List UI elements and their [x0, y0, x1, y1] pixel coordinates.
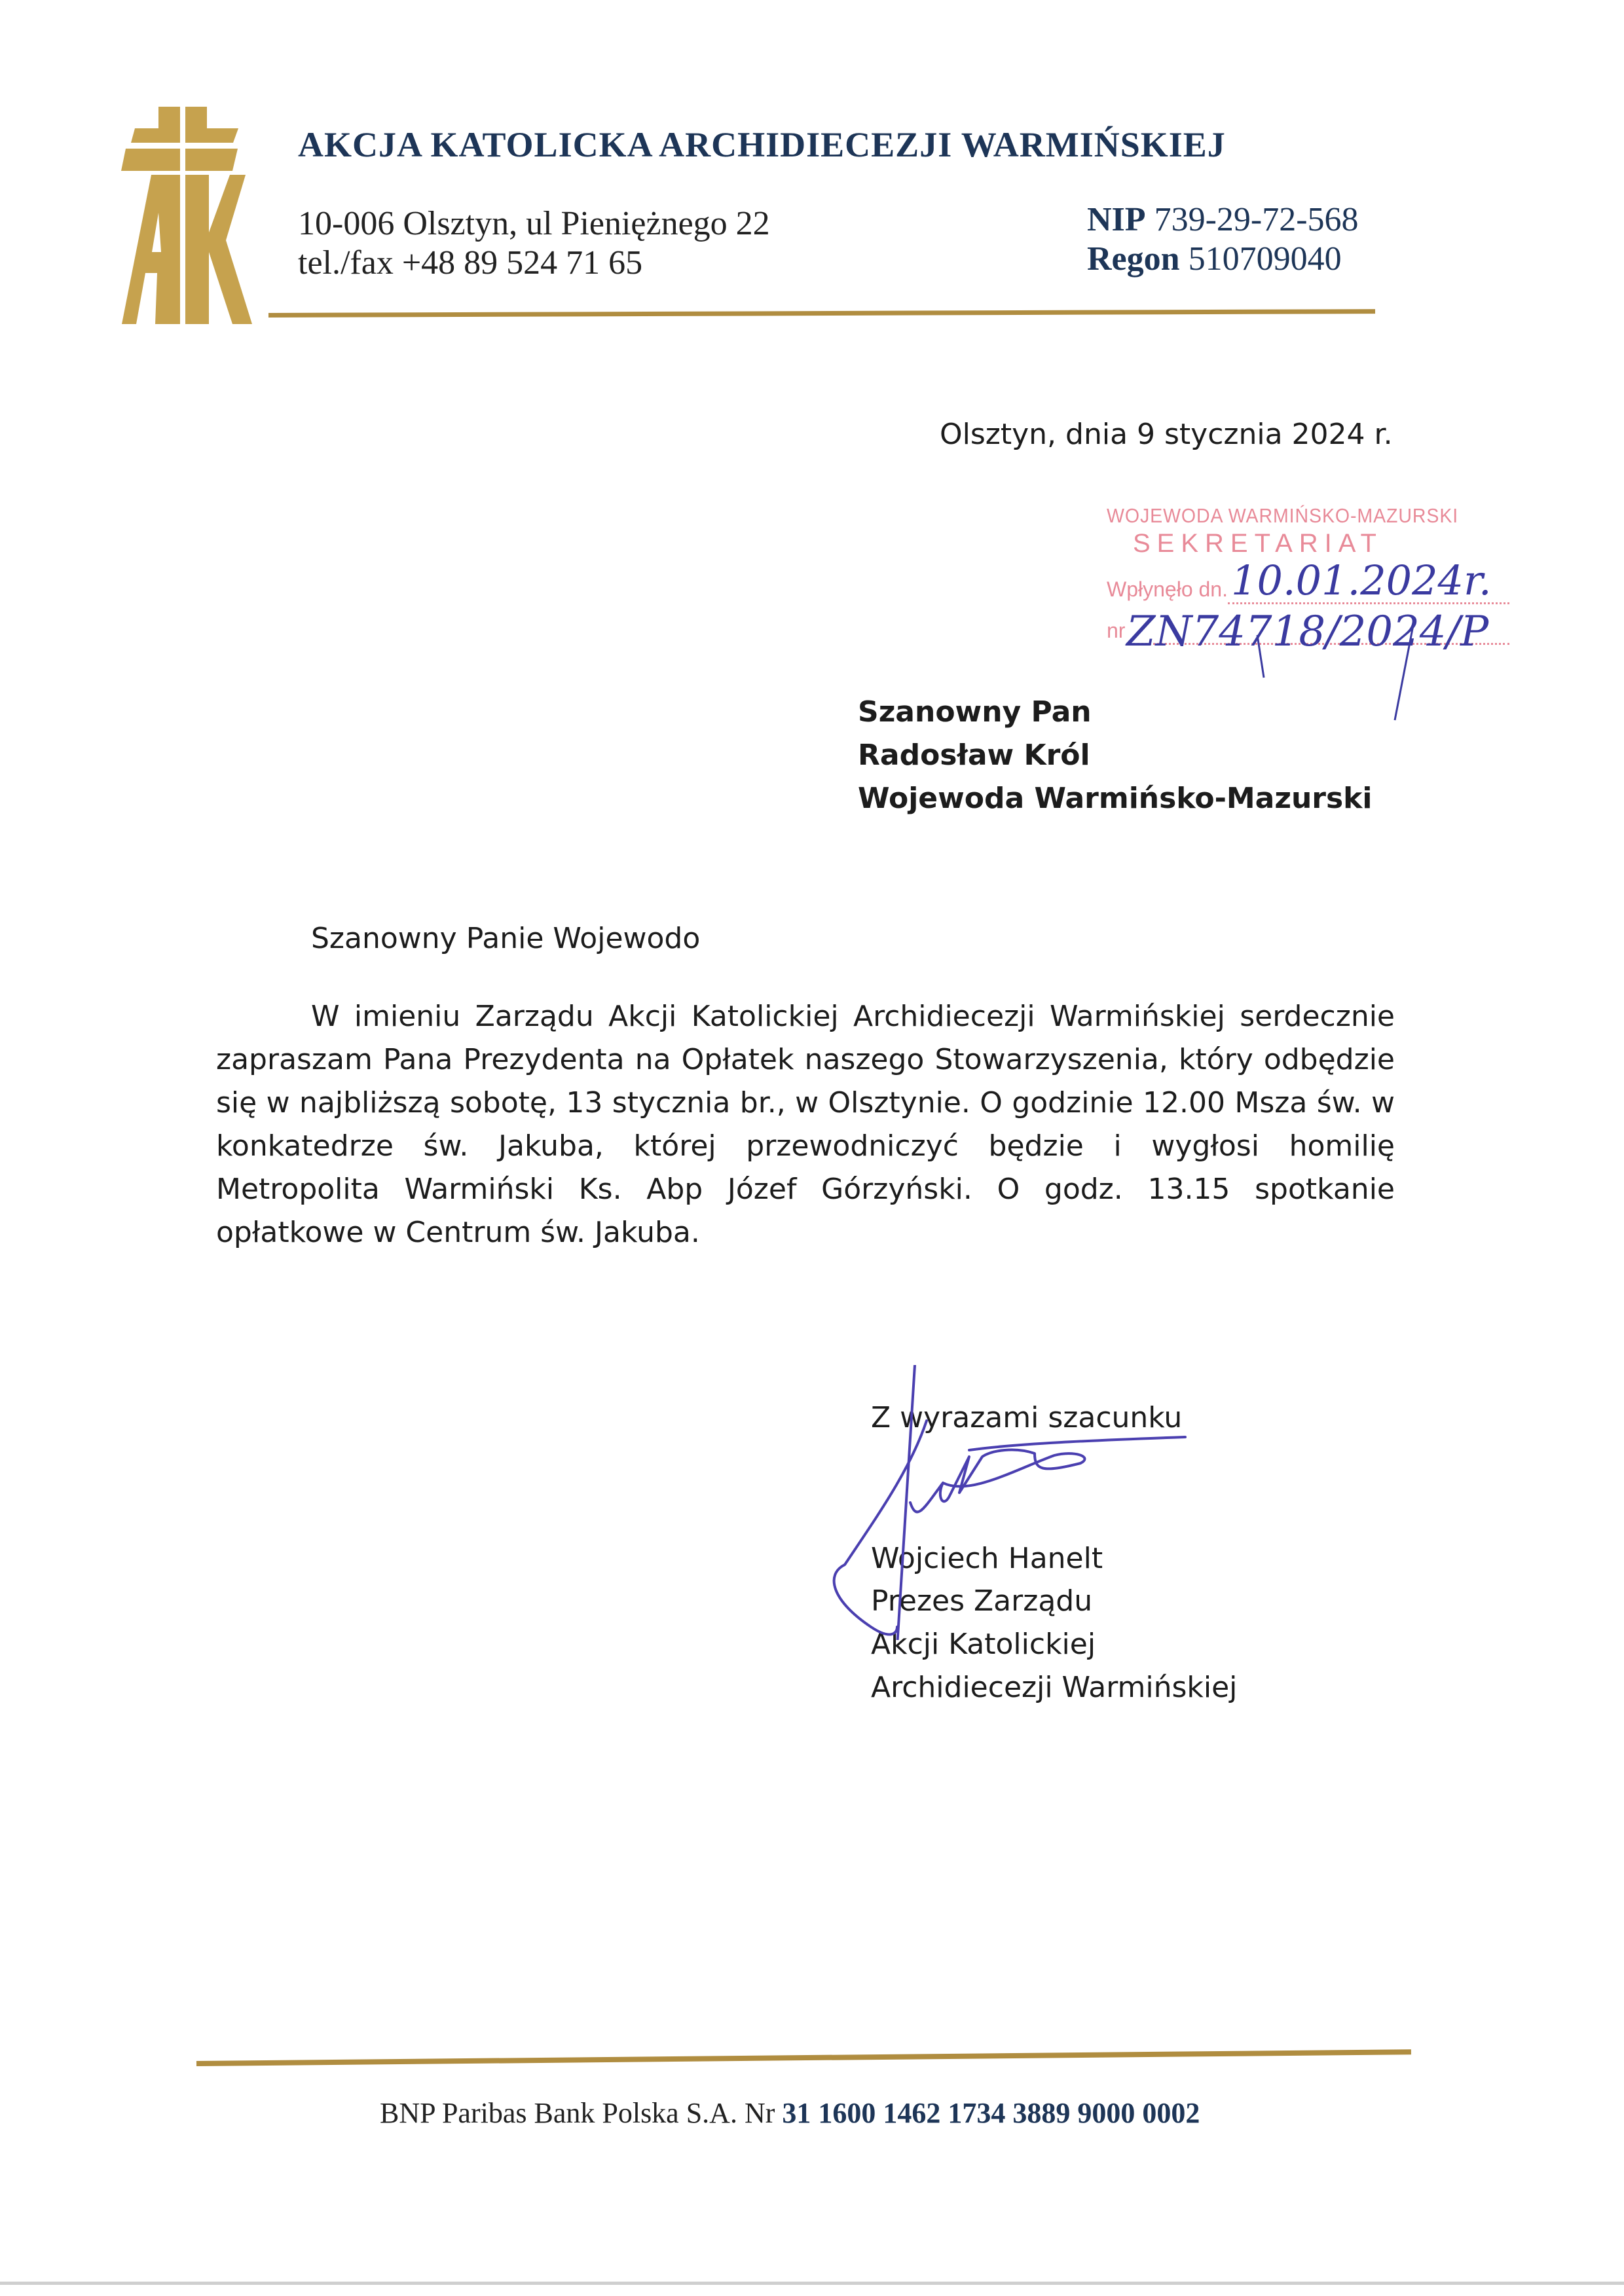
recipient-name: Radosław Król: [858, 738, 1090, 772]
letter-salutation: Szanowny Panie Wojewodo: [311, 922, 700, 955]
regon-value: 510709040: [1189, 240, 1342, 278]
bank-account-line: BNP Paribas Bank Polska S.A. Nr 31 1600 …: [380, 2096, 1200, 2130]
footer-divider: [196, 2049, 1411, 2066]
letter-body: W imieniu Zarządu Akcji Katolickiej Arch…: [216, 995, 1395, 1254]
address-line: 10-006 Olsztyn, ul Pieniężnego 22: [298, 204, 770, 243]
nip-line: NIP 739-29-72-568: [1087, 200, 1359, 239]
recipient-title: Wojewoda Warmińsko-Mazurski: [858, 782, 1373, 815]
scan-edge-line: [0, 2282, 1624, 2285]
received-stamp: WOJEWODA WARMIŃSKO-MAZURSKI SEKRETARIAT …: [1107, 504, 1526, 740]
nip-label: NIP: [1087, 201, 1146, 238]
bank-account-number: 31 1600 1462 1734 3889 9000 0002: [782, 2097, 1200, 2129]
ak-cross-logo-icon: [118, 101, 272, 327]
regon-label: Regon: [1087, 240, 1180, 278]
bank-name: BNP Paribas Bank Polska S.A. Nr: [380, 2097, 775, 2129]
signer-archdiocese: Archidiecezji Warmińskiej: [871, 1671, 1237, 1704]
handwritten-signature-icon: [819, 1365, 1225, 1640]
header-divider: [268, 309, 1375, 318]
organization-name: AKCJA KATOLICKA ARCHIDIECEZJI WARMIŃSKIE…: [298, 124, 1226, 165]
stamp-pen-strokes: [1107, 504, 1526, 740]
regon-line: Regon 510709040: [1087, 240, 1342, 278]
phone-line: tel./fax +48 89 524 71 65: [298, 244, 642, 282]
letter-date: Olsztyn, dnia 9 stycznia 2024 r.: [940, 418, 1393, 451]
nip-value: 739-29-72-568: [1154, 201, 1359, 238]
recipient-salutation: Szanowny Pan: [858, 695, 1092, 729]
